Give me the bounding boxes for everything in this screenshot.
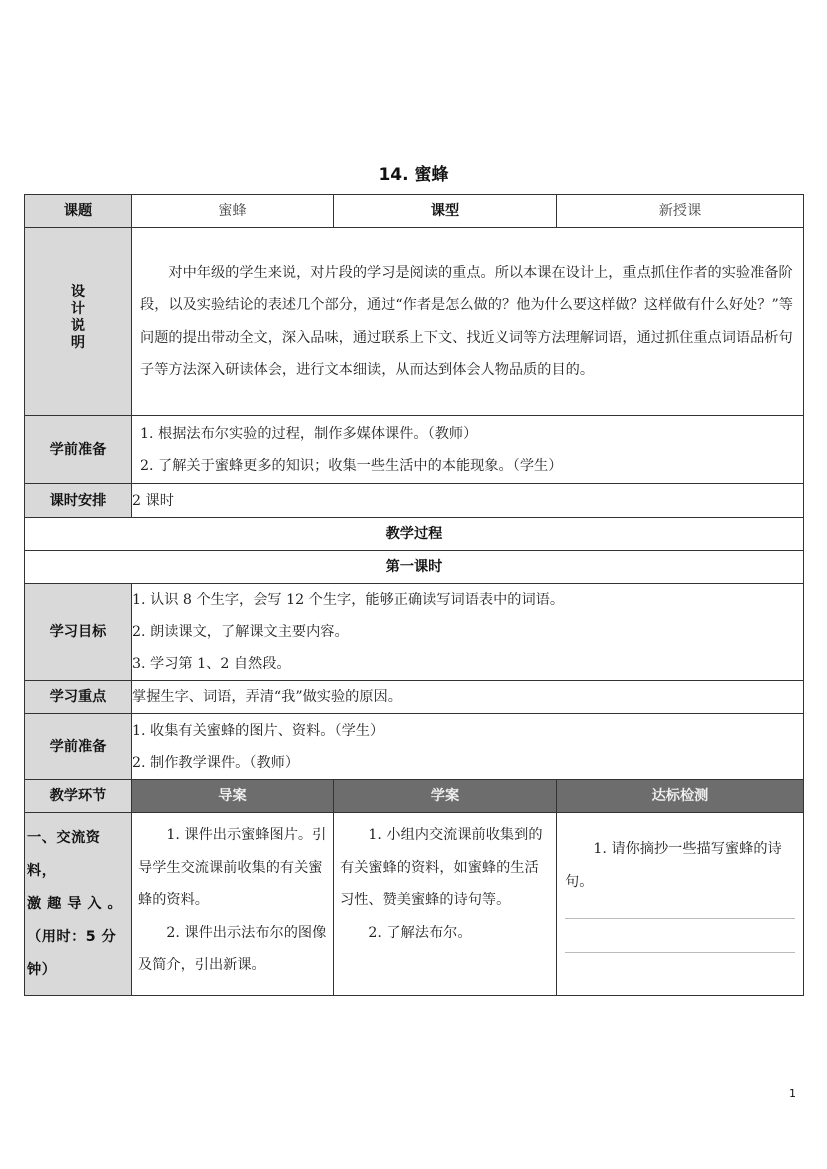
process-heading-row: 教学过程 [25,518,804,551]
page-number: 1 [789,1087,796,1100]
stage-name-line: （用时：5 分 [27,921,129,954]
student-plan-cell: 1. 小组内交流课前收集到的有关蜜蜂的资料，如蜜蜂的生活习性、赞美蜜蜂的诗句等。… [334,813,557,996]
stage-header-row: 教学环节 导案 学案 达标检测 [25,780,804,813]
lesson-heading-row: 第一课时 [25,551,804,584]
goal-item: 3. 学习第 1、2 自然段。 [132,648,803,680]
lesson-plan-table: 课题 蜜蜂 课型 新授课 设计说明 对中年级的学生来说，对片段的学习是阅读的重点… [24,194,804,996]
student-plan-item: 1. 小组内交流课前收集到的有关蜜蜂的资料，如蜜蜂的生活习性、赞美蜜蜂的诗句等。 [340,819,550,917]
preparation-item: 2. 了解关于蜜蜂更多的知识；收集一些生活中的本能现象。（学生） [140,450,795,482]
lesson-heading: 第一课时 [25,551,804,584]
key-points-row: 学习重点 掌握生字、词语，弄清“我”做实验的原因。 [25,681,804,714]
stage-name-cell: 一、交流资料， 激 趣 导 入 。 （用时：5 分 钟） [25,813,132,996]
stage-name-line: 一、交流资料， [27,822,129,888]
preparation-cell: 1. 根据法布尔实验的过程，制作多媒体课件。（教师） 2. 了解关于蜜蜂更多的知… [132,416,804,484]
topic-row: 课题 蜜蜂 课型 新授课 [25,195,804,228]
type-label: 课型 [334,195,557,228]
schedule-label: 课时安排 [25,484,132,518]
teacher-plan-cell: 1. 课件出示蜜蜂图片。引导学生交流课前收集的有关蜜蜂的资料。 2. 课件出示法… [132,813,334,996]
preparation-label: 学前准备 [25,416,132,484]
preparation-item: 1. 根据法布尔实验的过程，制作多媒体课件。（教师） [140,418,795,450]
topic-value: 蜜蜂 [132,195,334,228]
student-plan-item: 2. 了解法布尔。 [340,917,550,950]
type-value: 新授课 [557,195,804,228]
document-title: 14. 蜜蜂 [0,160,827,185]
assessment-cell: 1. 请你摘抄一些描写蜜蜂的诗句。 [557,813,804,996]
stage-row: 一、交流资料， 激 趣 导 入 。 （用时：5 分 钟） 1. 课件出示蜜蜂图片… [25,813,804,996]
schedule-value: 2 课时 [132,484,804,518]
schedule-row: 课时安排 2 课时 [25,484,804,518]
column-header-stage: 教学环节 [25,780,132,813]
key-points-label: 学习重点 [25,681,132,714]
stage-name-line: 激 趣 导 入 。 [27,888,129,921]
goals-label: 学习目标 [25,584,132,681]
design-row: 设计说明 对中年级的学生来说，对片段的学习是阅读的重点。所以本课在设计上，重点抓… [25,228,804,416]
column-header-assessment: 达标检测 [557,780,804,813]
preparation-row: 学前准备 1. 根据法布尔实验的过程，制作多媒体课件。（教师） 2. 了解关于蜜… [25,416,804,484]
lesson-preparation-row: 学前准备 1. 收集有关蜜蜂的图片、资料。（学生） 2. 制作教学课件。（教师） [25,714,804,780]
teacher-plan-item: 1. 课件出示蜜蜂图片。引导学生交流课前收集的有关蜜蜂的资料。 [138,819,327,917]
design-label-cell: 设计说明 [25,228,132,416]
goal-item: 2. 朗读课文，了解课文主要内容。 [132,616,803,648]
design-text: 对中年级的学生来说，对片段的学习是阅读的重点。所以本课在设计上，重点抓住作者的实… [140,257,795,387]
column-header-student-plan: 学案 [334,780,557,813]
lesson-preparation-label: 学前准备 [25,714,132,780]
key-points-value: 掌握生字、词语，弄清“我”做实验的原因。 [132,681,804,714]
answer-blank-line[interactable] [565,952,795,953]
lesson-preparation-item: 1. 收集有关蜜蜂的图片、资料。（学生） [132,715,803,747]
process-heading: 教学过程 [25,518,804,551]
stage-name-line: 钟） [27,954,129,987]
goal-item: 1. 认识 8 个生字，会写 12 个生字，能够正确读写词语表中的词语。 [132,584,803,616]
teacher-plan-item: 2. 课件出示法布尔的图像及简介，引出新课。 [138,917,327,982]
design-text-cell: 对中年级的学生来说，对片段的学习是阅读的重点。所以本课在设计上，重点抓住作者的实… [132,228,804,416]
lesson-preparation-cell: 1. 收集有关蜜蜂的图片、资料。（学生） 2. 制作教学课件。（教师） [132,714,804,780]
column-header-teacher-plan: 导案 [132,780,334,813]
design-label: 设计说明 [71,284,85,352]
goals-row: 学习目标 1. 认识 8 个生字，会写 12 个生字，能够正确读写词语表中的词语… [25,584,804,681]
goals-cell: 1. 认识 8 个生字，会写 12 个生字，能够正确读写词语表中的词语。 2. … [132,584,804,681]
topic-label: 课题 [25,195,132,228]
assessment-item: 1. 请你摘抄一些描写蜜蜂的诗句。 [565,833,795,898]
lesson-preparation-item: 2. 制作教学课件。（教师） [132,747,803,779]
